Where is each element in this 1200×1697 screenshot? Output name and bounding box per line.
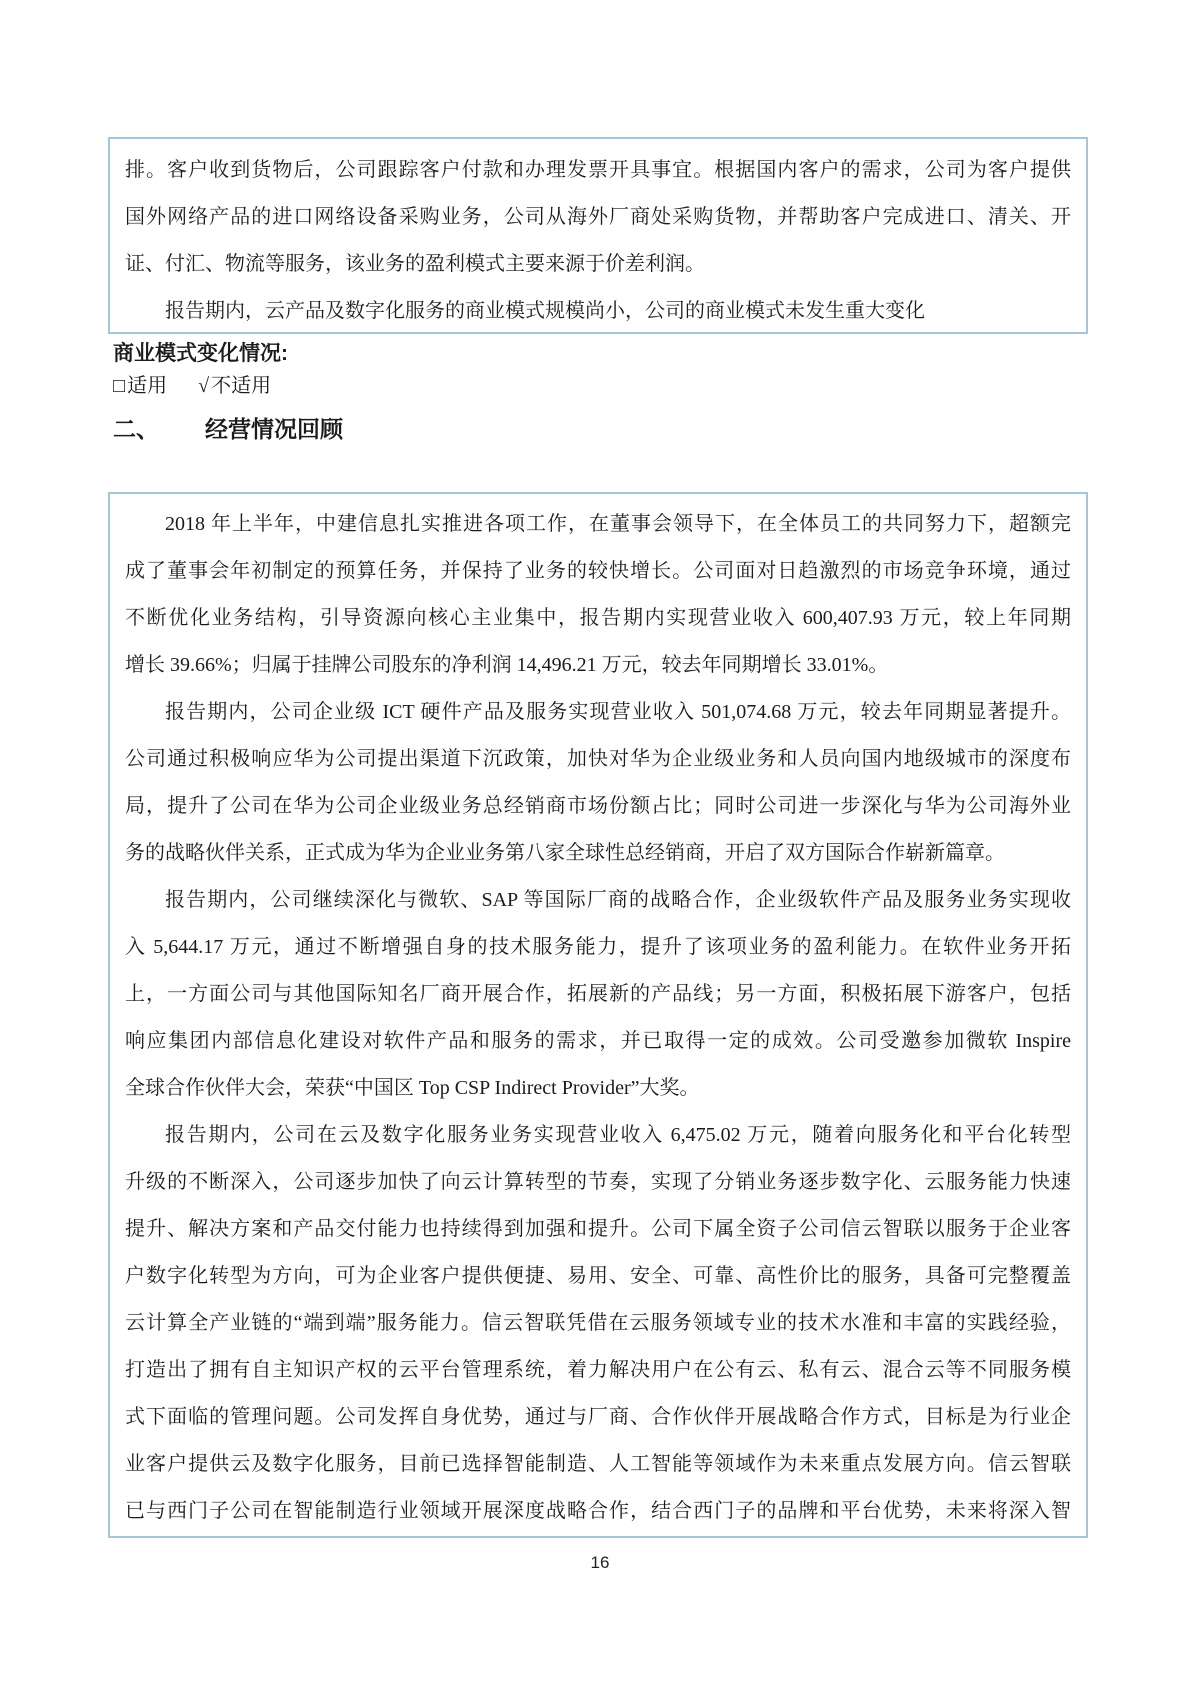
text-line: 报告期内，公司继续深化与微软、SAP 等国际厂商的战略合作，企业级软件产品及服务… — [125, 877, 1071, 924]
text-line: 式下面临的管理问题。公司发挥自身优势，通过与厂商、合作伙伴开展战略合作方式，目标… — [125, 1394, 1071, 1441]
text-line: 报告期内，公司企业级 ICT 硬件产品及服务实现营业收入 501,074.68 … — [125, 689, 1071, 736]
checkbox-unchecked-icon: □ — [113, 375, 125, 397]
text-line: 公司通过积极响应华为公司提出渠道下沉政策，加快对华为企业级业务和人员向国内地级城… — [125, 736, 1071, 783]
business-model-change-label: 商业模式变化情况: — [113, 337, 288, 367]
text-line: 证、付汇、物流等服务，该业务的盈利模式主要来源于价差利润。 — [125, 241, 1071, 288]
business-model-text-box: 排。客户收到货物后，公司跟踪客户付款和办理发票开具事宜。根据国内客户的需求，公司… — [108, 137, 1088, 334]
section-numeral: 二、 — [113, 411, 159, 444]
text-line: 2018 年上半年，中建信息扎实推进各项工作，在董事会领导下，在全体员工的共同努… — [125, 501, 1071, 548]
text-line: 报告期内，公司在云及数字化服务业务实现营业收入 6,475.02 万元，随着向服… — [125, 1112, 1071, 1159]
applicable-label: 适用 — [127, 375, 167, 397]
section-title: 经营情况回顾 — [205, 416, 343, 442]
text-line: 不断优化业务结构，引导资源向核心主业集中，报告期内实现营业收入 600,407.… — [125, 595, 1071, 642]
text-line: 局，提升了公司在华为公司企业级业务总经销商市场份额占比；同时公司进一步深化与华为… — [125, 783, 1071, 830]
operating-review-text-box: 2018 年上半年，中建信息扎实推进各项工作，在董事会领导下，在全体员工的共同努… — [108, 492, 1088, 1538]
text-line: 升级的不断深入，公司逐步加快了向云计算转型的节奏，实现了分销业务逐步数字化、云服… — [125, 1159, 1071, 1206]
applicability-options: □适用 √不适用 — [113, 372, 271, 400]
text-line: 提升、解决方案和产品交付能力也持续得到加强和提升。公司下属全资子公司信云智联以服… — [125, 1206, 1071, 1253]
text-line: 国外网络产品的进口网络设备采购业务，公司从海外厂商处采购货物，并帮助客户完成进口… — [125, 194, 1071, 241]
text-line: 成了董事会年初制定的预算任务，并保持了业务的较快增长。公司面对日趋激烈的市场竞争… — [125, 548, 1071, 595]
checkmark-icon: √ — [198, 375, 209, 397]
text-line: 响应集团内部信息化建设对软件产品和服务的需求，并已取得一定的成效。公司受邀参加微… — [125, 1018, 1071, 1065]
text-line: 业客户提供云及数字化服务，目前已选择智能制造、人工智能等领域作为未来重点发展方向… — [125, 1441, 1071, 1488]
not-applicable-label: 不适用 — [211, 375, 271, 397]
text-line: 已与西门子公司在智能制造行业领域开展深度战略合作，结合西门子的品牌和平台优势，未… — [125, 1488, 1071, 1535]
text-line: 全球合作伙伴大会，荣获“中国区 Top CSP Indirect Provide… — [125, 1065, 1071, 1112]
text-line: 报告期内，云产品及数字化服务的商业模式规模尚小，公司的商业模式未发生重大变化 — [125, 288, 1071, 334]
text-line: 务的战略伙伴关系，正式成为华为企业业务第八家全球性总经销商，开启了双方国际合作崭… — [125, 830, 1071, 877]
text-line: 云计算全产业链的“端到端”服务能力。信云智联凭借在云服务领域专业的技术水准和丰富… — [125, 1300, 1071, 1347]
section-heading-operating-review: 二、经营情况回顾 — [113, 411, 343, 444]
text-line: 增长 39.66%；归属于挂牌公司股东的净利润 14,496.21 万元，较去年… — [125, 642, 1071, 689]
applicable-option: □适用 — [113, 375, 167, 397]
text-line: 入 5,644.17 万元，通过不断增强自身的技术服务能力，提升了该项业务的盈利… — [125, 924, 1071, 971]
text-line: 排。客户收到货物后，公司跟踪客户付款和办理发票开具事宜。根据国内客户的需求，公司… — [125, 147, 1071, 194]
text-line: 打造出了拥有自主知识产权的云平台管理系统，着力解决用户在公有云、私有云、混合云等… — [125, 1347, 1071, 1394]
page-number: 16 — [0, 1553, 1200, 1573]
text-line: 上，一方面公司与其他国际知名厂商开展合作，拓展新的产品线；另一方面，积极拓展下游… — [125, 971, 1071, 1018]
text-line: 户数字化转型为方向，可为企业客户提供便捷、易用、安全、可靠、高性价比的服务，具备… — [125, 1253, 1071, 1300]
not-applicable-option: √不适用 — [198, 375, 271, 397]
